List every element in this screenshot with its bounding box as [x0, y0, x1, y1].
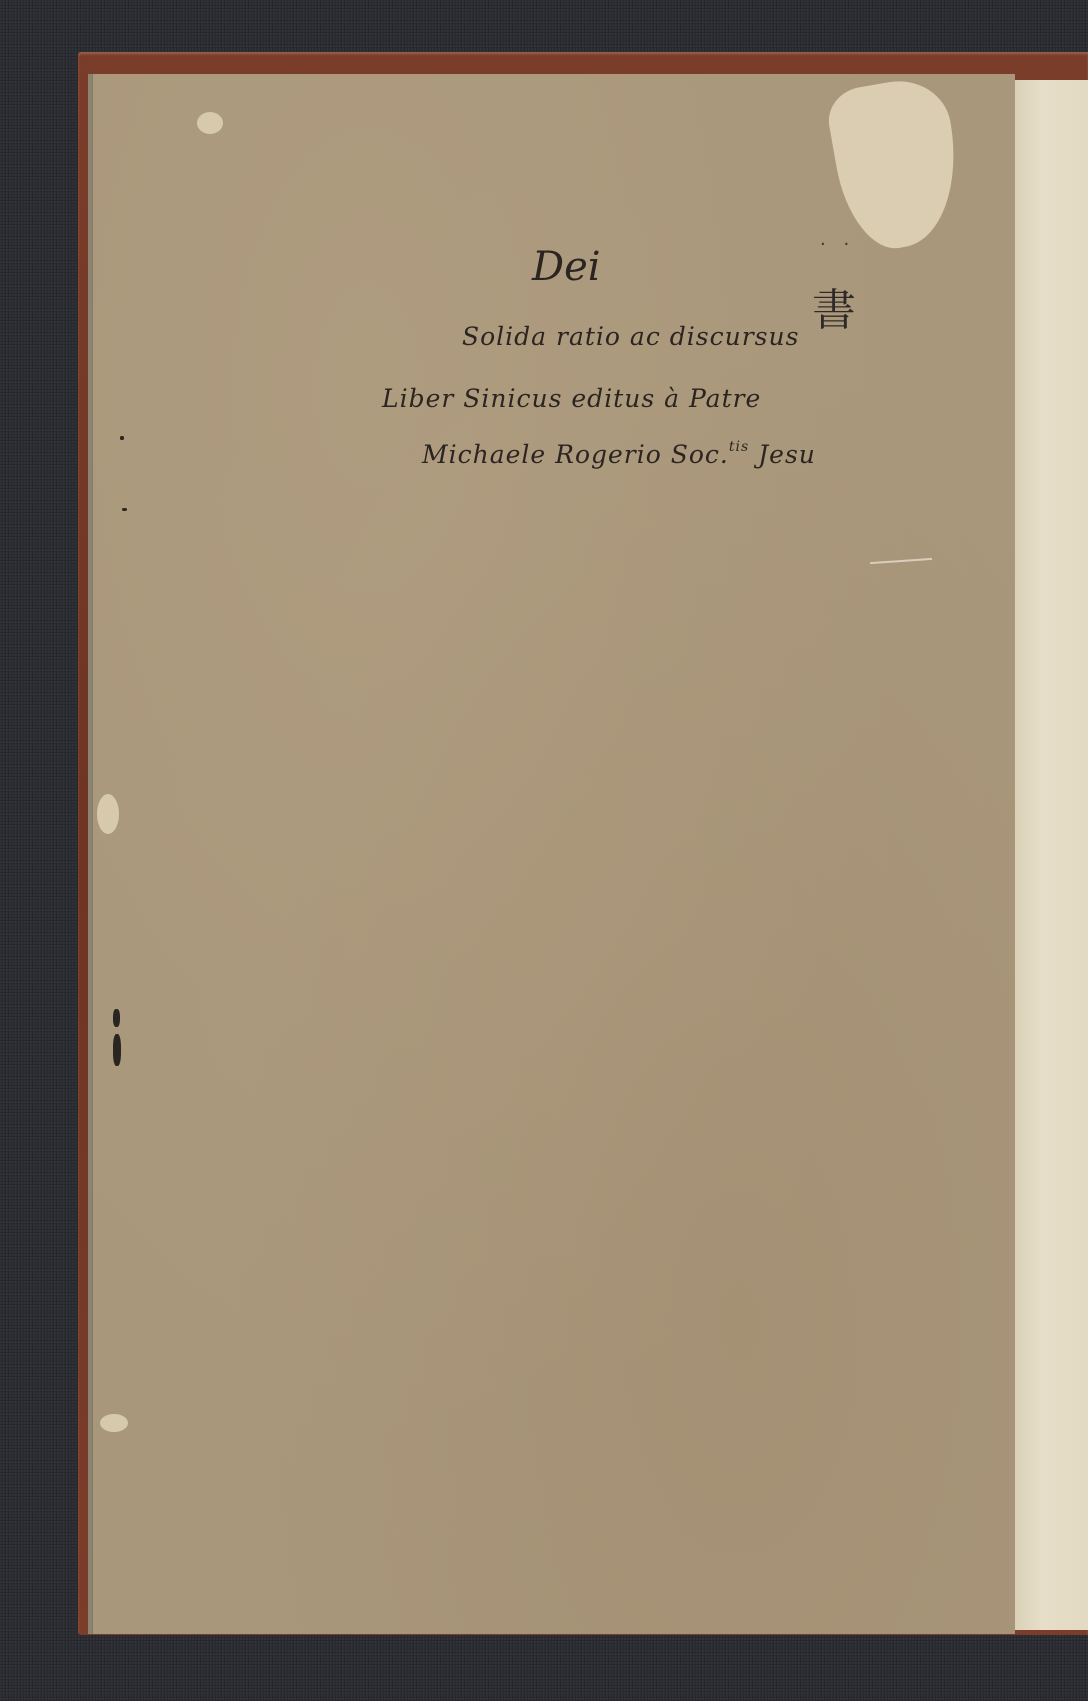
inscription-line-3-end: Jesu — [749, 440, 816, 469]
paper-blemish — [100, 1414, 128, 1432]
paper-blemish — [197, 112, 223, 134]
paper-scratch — [870, 558, 932, 564]
chinese-character-shu: 書 — [812, 274, 856, 338]
flyleaf-page: Dei Solida ratio ac discursus Liber Sini… — [88, 74, 1015, 1634]
paper-tear-top-right — [824, 73, 971, 256]
ink-mark — [113, 1034, 121, 1066]
chinese-partial-marks: · · — [820, 234, 855, 255]
inscription-line-3-main: Michaele Rogerio Soc. — [422, 440, 729, 469]
ink-mark — [122, 508, 127, 511]
ink-mark — [113, 1009, 120, 1027]
facing-page-edge — [1011, 80, 1088, 1630]
ink-mark — [120, 436, 124, 440]
inscription-line-3: Michaele Rogerio Soc.tis Jesu — [422, 439, 816, 469]
inscription-title: Dei — [532, 244, 601, 290]
inscription-line-1: Solida ratio ac discursus — [462, 322, 799, 351]
inscription-line-2: Liber Sinicus editus à Patre — [382, 384, 761, 413]
inscription-superscript: tis — [729, 439, 749, 455]
paper-blemish — [97, 794, 119, 834]
